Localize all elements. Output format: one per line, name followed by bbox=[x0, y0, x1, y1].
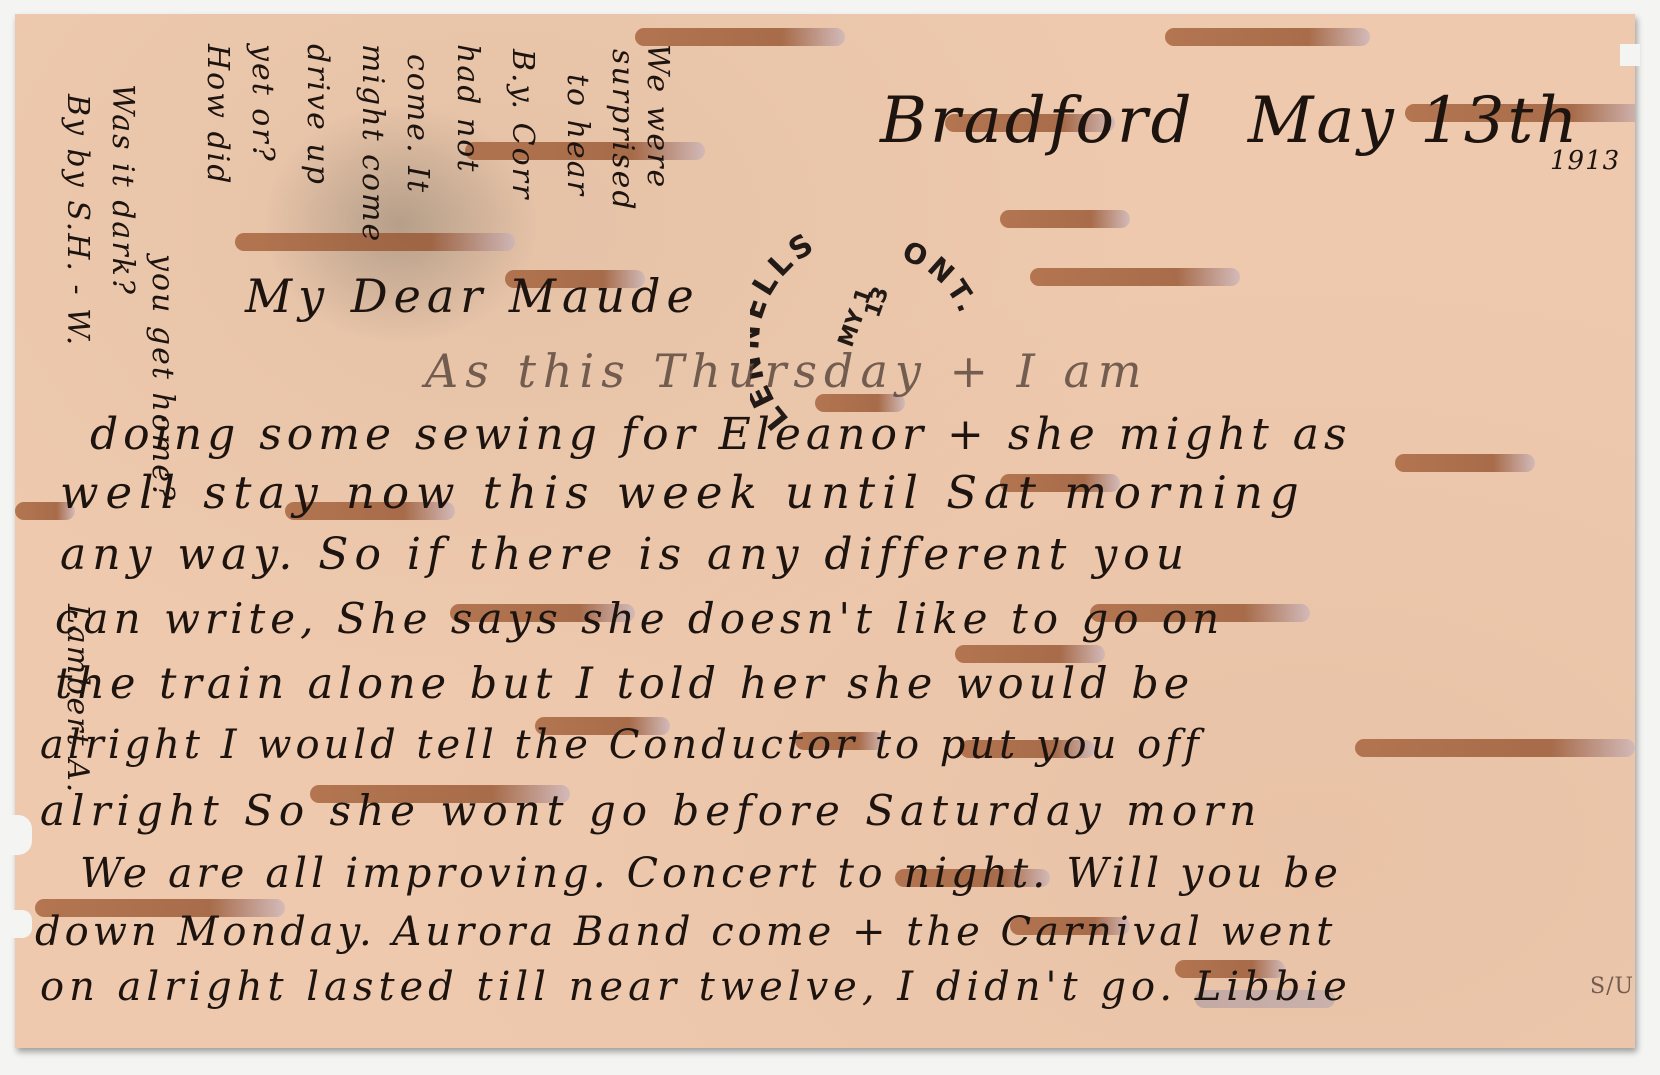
margin-note: How did bbox=[200, 44, 235, 185]
margin-note: Was it dark? bbox=[105, 84, 140, 296]
margin-note: drive up bbox=[300, 44, 335, 186]
salutation: My Dear Maude bbox=[245, 269, 700, 323]
margin-note: We were bbox=[640, 44, 675, 189]
margin-note: B.y. Corr bbox=[505, 49, 540, 200]
place-heading: Bradford May 13th bbox=[880, 84, 1580, 158]
postmark-town: LENNELLS bbox=[750, 225, 823, 436]
tape-strip bbox=[1030, 268, 1240, 286]
tape-strip bbox=[1395, 454, 1535, 472]
margin-note: come. It bbox=[400, 54, 435, 194]
body-line: As this Thursday + I am bbox=[425, 344, 1149, 398]
tape-strip bbox=[1000, 210, 1130, 228]
body-line: We are all improving. Concert to night. … bbox=[80, 849, 1342, 897]
year: 1913 bbox=[1550, 146, 1620, 176]
body-line: on alright lasted till near twelve, I di… bbox=[40, 964, 1352, 1010]
date: May 13th bbox=[1248, 84, 1581, 158]
margin-note: might come bbox=[355, 44, 390, 243]
edge-notch bbox=[1620, 44, 1640, 66]
corner-mark: S/U bbox=[1590, 974, 1634, 999]
margin-note: Lambert A. bbox=[60, 604, 95, 794]
body-line: doing some sewing for Eleanor + she migh… bbox=[90, 409, 1352, 460]
body-line: alright So she wont go before Saturday m… bbox=[40, 786, 1262, 835]
tape-strip bbox=[1165, 28, 1370, 46]
margin-note: to hear bbox=[560, 74, 595, 197]
postmark-province: ONT. bbox=[897, 234, 985, 320]
margin-note: surprised bbox=[605, 49, 640, 212]
body-line: well stay now this week until Sat mornin… bbox=[60, 466, 1306, 519]
body-line: alright I would tell the Conductor to pu… bbox=[40, 722, 1203, 768]
svg-text:ONT.: ONT. bbox=[897, 234, 985, 320]
margin-note: you get home? bbox=[145, 254, 180, 502]
tape-strip bbox=[1355, 739, 1635, 757]
margin-note: By by S.H. - W. bbox=[60, 94, 95, 347]
edge-notch bbox=[10, 815, 32, 855]
body-line: the train alone but I told her she would… bbox=[55, 659, 1194, 709]
margin-note: had not bbox=[450, 44, 485, 173]
edge-notch bbox=[10, 910, 32, 938]
place: Bradford bbox=[880, 84, 1195, 158]
svg-text:LENNELLS: LENNELLS bbox=[750, 225, 823, 436]
postcard: Bradford May 13th 1913 My Dear Maude LEN… bbox=[15, 14, 1635, 1048]
body-line: can write, She says she doesn't like to … bbox=[55, 594, 1224, 643]
body-line: any way. So if there is any different yo… bbox=[60, 529, 1190, 580]
margin-note: yet or? bbox=[245, 44, 280, 163]
body-line: down Monday. Aurora Band come + the Carn… bbox=[35, 909, 1336, 955]
